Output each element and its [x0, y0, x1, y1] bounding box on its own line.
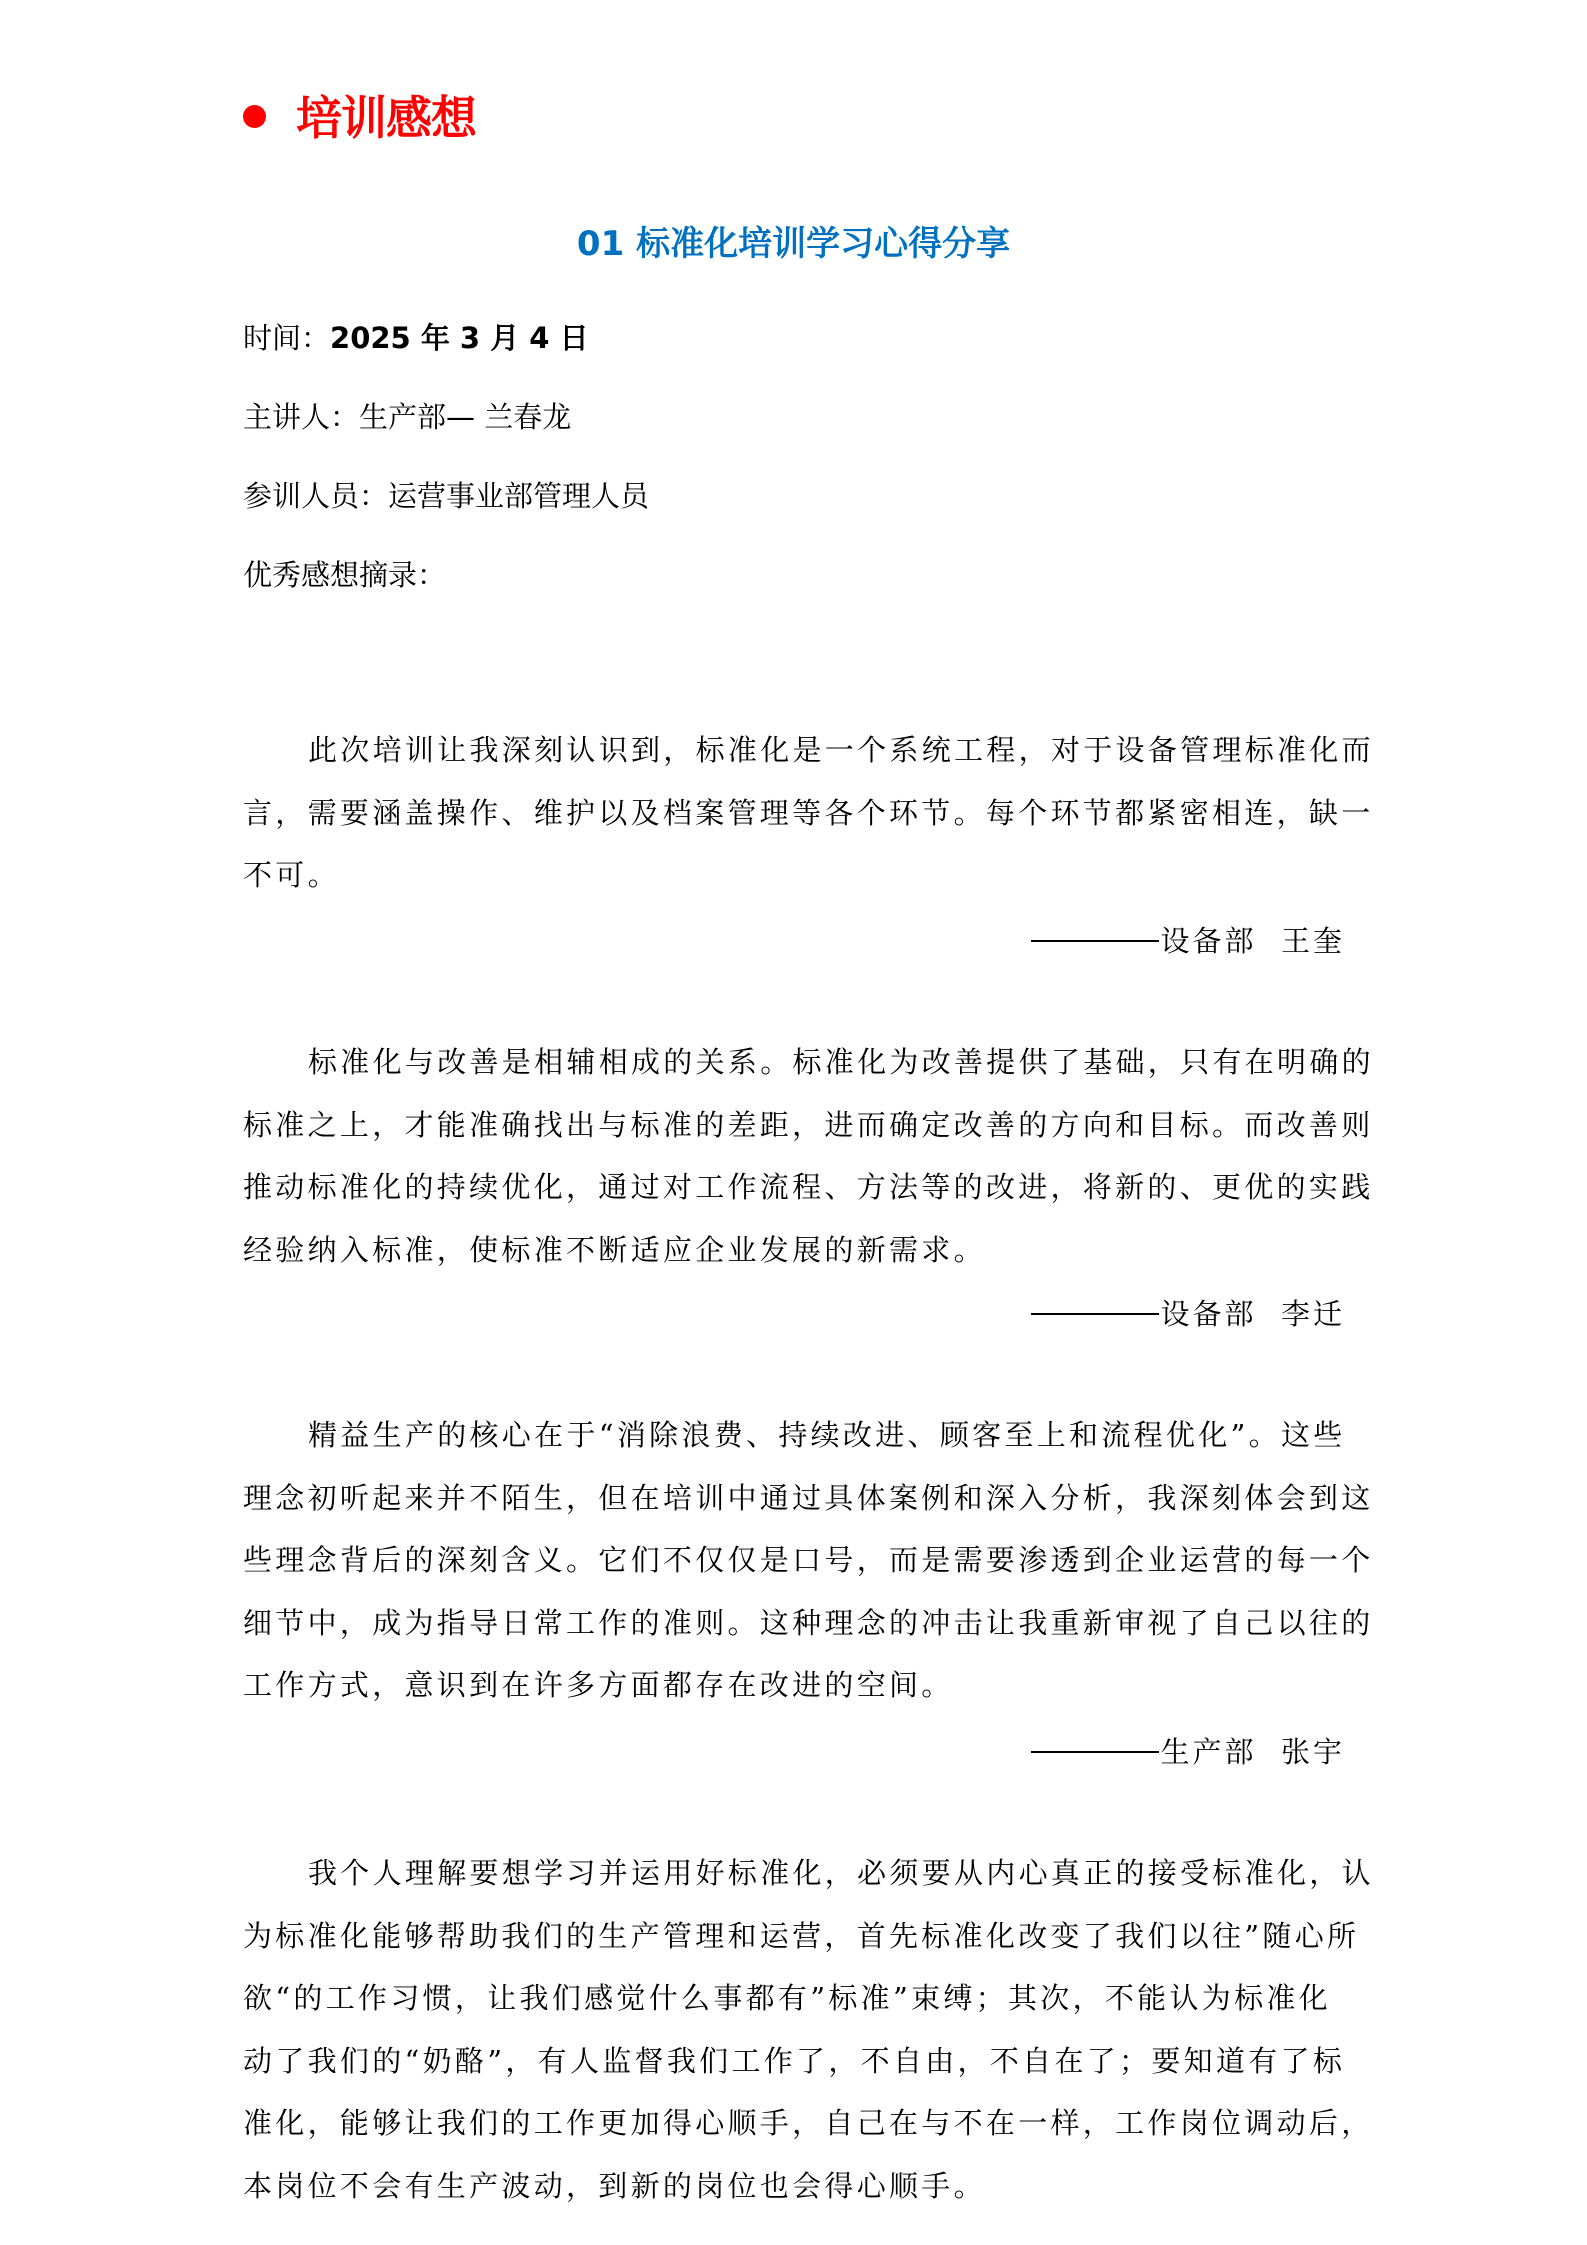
bullet-dot-icon — [243, 105, 266, 128]
excerpt-signature-2: 设备部 李迁 — [1031, 1294, 1345, 1334]
paragraph-line: 细节中，成为指导日常工作的准则。这种理念的冲击让我重新审视了自己以往的 — [243, 1592, 1353, 1655]
paragraph-line: 欲“的工作习惯，让我们感觉什么事都有”标准”束缚；其次，不能认为标准化 — [243, 1967, 1353, 2030]
paragraph-line: 此次培训让我深刻认识到，标准化是一个系统工程，对于设备管理标准化而 — [243, 719, 1353, 782]
signature-department: 设备部 — [1161, 924, 1257, 958]
paragraph-line: 我个人理解要想学习并运用好标准化，必须要从内心真正的接受标准化，认 — [243, 1842, 1353, 1905]
meta-speaker-label: 主讲人： — [243, 400, 359, 434]
paragraph-line: 工作方式，意识到在许多方面都存在改进的空间。 — [243, 1654, 1353, 1717]
paragraph-line: 准化，能够让我们的工作更加得心顺手，自己在与不在一样，工作岗位调动后， — [243, 2092, 1353, 2155]
document-page: 培训感想 01 标准化培训学习心得分享 时间：2025 年 3 月 4 日 主讲… — [0, 0, 1587, 2245]
meta-speaker-value: 生产部— 兰春龙 — [359, 400, 571, 434]
em-dash-line — [1031, 940, 1159, 942]
paragraph-line: 不可。 — [243, 844, 1353, 907]
meta-excerpts-label: 优秀感想摘录： — [243, 555, 446, 595]
section-heading: 培训感想 — [243, 84, 476, 146]
paragraph-line: 理念初听起来并不陌生，但在培训中通过具体案例和深入分析，我深刻体会到这 — [243, 1467, 1353, 1530]
excerpt-paragraph-1: 此次培训让我深刻认识到，标准化是一个系统工程，对于设备管理标准化而 言，需要涵盖… — [243, 719, 1353, 907]
em-dash-line — [1031, 1751, 1159, 1753]
excerpt-paragraph-3: 精益生产的核心在于“消除浪费、持续改进、顾客至上和流程优化”。这些 理念初听起来… — [243, 1404, 1353, 1717]
signature-department: 生产部 — [1161, 1735, 1257, 1769]
meta-attendees: 参训人员：运营事业部管理人员 — [243, 476, 649, 516]
em-dash-line — [1031, 1313, 1159, 1315]
signature-author: 张宇 — [1281, 1735, 1345, 1769]
excerpts-label: 优秀感想摘录： — [243, 558, 446, 592]
paragraph-line: 标准之上，才能准确找出与标准的差距，进而确定改善的方向和目标。而改善则 — [243, 1094, 1353, 1157]
paragraph-line: 经验纳入标准，使标准不断适应企业发展的新需求。 — [243, 1219, 1353, 1282]
paragraph-line: 动了我们的“奶酪”，有人监督我们工作了，不自由，不自在了；要知道有了标 — [243, 2030, 1353, 2093]
signature-department: 设备部 — [1161, 1297, 1257, 1331]
paragraph-line: 标准化与改善是相辅相成的关系。标准化为改善提供了基础，只有在明确的 — [243, 1031, 1353, 1094]
paragraph-line: 为标准化能够帮助我们的生产管理和运营，首先标准化改变了我们以往”随心所 — [243, 1905, 1353, 1968]
article-title: 01 标准化培训学习心得分享 — [0, 216, 1587, 265]
meta-time-label: 时间： — [243, 321, 330, 355]
excerpt-signature-3: 生产部 张宇 — [1031, 1732, 1345, 1772]
signature-author: 李迁 — [1281, 1297, 1345, 1331]
paragraph-line: 精益生产的核心在于“消除浪费、持续改进、顾客至上和流程优化”。这些 — [243, 1404, 1353, 1467]
paragraph-line: 些理念背后的深刻含义。它们不仅仅是口号，而是需要渗透到企业运营的每一个 — [243, 1529, 1353, 1592]
meta-attendees-value: 运营事业部管理人员 — [388, 479, 649, 513]
paragraph-line: 言，需要涵盖操作、维护以及档案管理等各个环节。每个环节都紧密相连，缺一 — [243, 782, 1353, 845]
section-heading-text: 培训感想 — [296, 82, 476, 148]
paragraph-line: 本岗位不会有生产波动，到新的岗位也会得心顺手。 — [243, 2155, 1353, 2218]
meta-time-value: 2025 年 3 月 4 日 — [330, 321, 589, 355]
meta-speaker: 主讲人：生产部— 兰春龙 — [243, 397, 571, 437]
excerpt-signature-1: 设备部 王奎 — [1031, 921, 1345, 961]
excerpt-paragraph-2: 标准化与改善是相辅相成的关系。标准化为改善提供了基础，只有在明确的 标准之上，才… — [243, 1031, 1353, 1281]
excerpt-paragraph-4: 我个人理解要想学习并运用好标准化，必须要从内心真正的接受标准化，认 为标准化能够… — [243, 1842, 1353, 2217]
paragraph-line: 推动标准化的持续优化，通过对工作流程、方法等的改进，将新的、更优的实践 — [243, 1156, 1353, 1219]
signature-author: 王奎 — [1281, 924, 1345, 958]
meta-time: 时间：2025 年 3 月 4 日 — [243, 318, 589, 358]
meta-attendees-label: 参训人员： — [243, 479, 388, 513]
